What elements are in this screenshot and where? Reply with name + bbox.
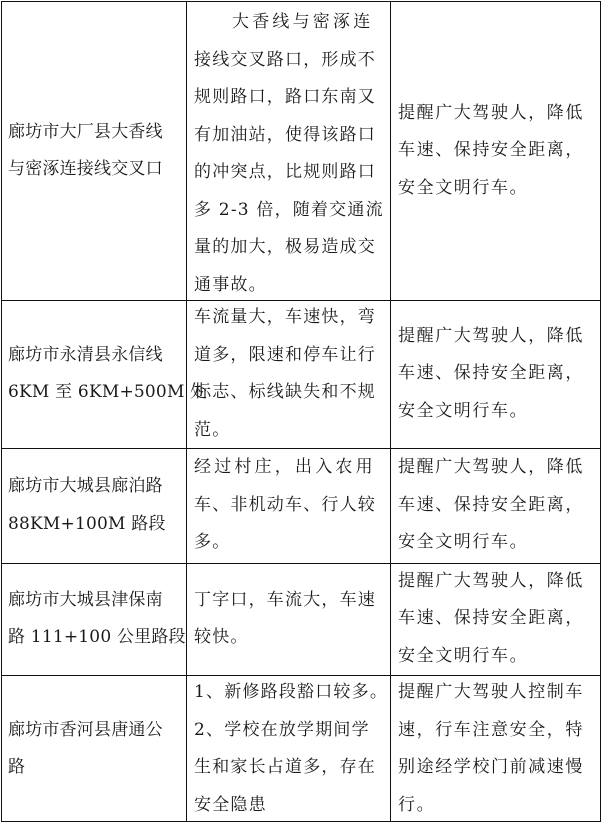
table-row-5-location: 廊坊市香河县唐通公 路 bbox=[8, 675, 186, 823]
cell-line: 车速、保持安全距离， bbox=[398, 487, 602, 525]
cell-line: 有加油站，使得该路口 bbox=[194, 117, 390, 155]
cell-line: 大香线与密涿连 bbox=[194, 4, 390, 42]
cell-line: 2、学校在放学期间学 bbox=[194, 712, 390, 750]
table-row-2-advice: 提醒广大驾驶人，降低 车速、保持安全距离， 安全文明行车。 bbox=[398, 300, 602, 448]
cell-line: 廊坊市大厂县大香线 bbox=[8, 114, 186, 152]
table-row-1-location: 廊坊市大厂县大香线 与密涿连接线交叉口 bbox=[8, 2, 186, 300]
cell-line: 提醒广大驾驶人，降低 bbox=[398, 449, 602, 487]
cell-line: 路 bbox=[8, 749, 186, 787]
cell-line: 安全文明行车。 bbox=[398, 170, 602, 208]
cell-line: 的冲突点，比规则路口 bbox=[194, 154, 390, 192]
cell-line: 生和家长占道多，存在 bbox=[194, 749, 390, 787]
column-divider bbox=[186, 2, 187, 821]
cell-line: 范。 bbox=[194, 412, 390, 450]
table-row-1-problem: 大香线与密涿连 接线交叉路口，形成不 规则路口，路口东南又 有加油站，使得该路口… bbox=[194, 2, 390, 300]
cell-line: 丁字口，车流大，车速 bbox=[194, 582, 390, 620]
cell-line: 接线交叉路口，形成不 bbox=[194, 42, 390, 80]
cell-line: 安全文明行车。 bbox=[398, 638, 602, 676]
cell-line: 提醒广大驾驶人，降低 bbox=[398, 563, 602, 601]
cell-line: 标志、标线缺失和不规 bbox=[194, 374, 390, 412]
cell-line: 经过村庄，出入农用 bbox=[194, 449, 390, 487]
table-row-3-problem: 经过村庄，出入农用 车、非机动车、行人较 多。 bbox=[194, 448, 390, 563]
cell-line: 量的加大，极易造成交 bbox=[194, 229, 390, 267]
cell-line: 道多，限速和停车让行 bbox=[194, 337, 390, 375]
table-row-3-advice: 提醒广大驾驶人，降低 车速、保持安全距离， 安全文明行车。 bbox=[398, 448, 602, 563]
cell-line: 提醒广大驾驶人，降低 bbox=[398, 318, 602, 356]
cell-line: 1、新修路段豁口较多。 bbox=[194, 674, 390, 712]
cell-line: 路 111+100 公里路段 bbox=[8, 619, 186, 657]
cell-line: 速，行车注意安全，特 bbox=[398, 712, 602, 750]
cell-line: 安全隐患 bbox=[194, 787, 390, 825]
cell-line: 廊坊市香河县唐通公 bbox=[8, 712, 186, 750]
cell-line: 提醒广大驾驶人，降低 bbox=[398, 95, 602, 133]
cell-line: 车速、保持安全距离， bbox=[398, 355, 602, 393]
table-row-4-problem: 丁字口，车流大，车速 较快。 bbox=[194, 563, 390, 675]
table-row-5-advice: 提醒广大驾驶人控制车 速，行车注意安全，特 别途经学校门前减速慢 行。 bbox=[398, 675, 602, 823]
cell-line: 安全文明行车。 bbox=[398, 393, 602, 431]
table-row-2-problem: 车流量大，车速快，弯 道多，限速和停车让行 标志、标线缺失和不规 范。 bbox=[194, 300, 390, 448]
cell-line: 88KM+100M 路段 bbox=[8, 506, 186, 544]
cell-line: 车速、保持安全距离， bbox=[398, 600, 602, 638]
table-row-2-location: 廊坊市永清县永信线 6KM 至 6KM+500M 处 bbox=[8, 300, 186, 448]
cell-line: 安全文明行车。 bbox=[398, 524, 602, 562]
cell-line: 车流量大，车速快，弯 bbox=[194, 299, 390, 337]
cell-line: 多。 bbox=[194, 524, 390, 562]
cell-line: 较快。 bbox=[194, 619, 390, 657]
cell-line: 与密涿连接线交叉口 bbox=[8, 151, 186, 189]
column-divider bbox=[390, 2, 391, 821]
table-row-3-location: 廊坊市大城县廊泊路 88KM+100M 路段 bbox=[8, 448, 186, 563]
cell-line: 6KM 至 6KM+500M 处 bbox=[8, 374, 186, 412]
cell-line: 廊坊市大城县廊泊路 bbox=[8, 468, 186, 506]
cell-line: 规则路口，路口东南又 bbox=[194, 79, 390, 117]
cell-line: 提醒广大驾驶人控制车 bbox=[398, 674, 602, 712]
cell-line: 车速、保持安全距离， bbox=[398, 132, 602, 170]
cell-line: 行。 bbox=[398, 787, 602, 825]
hazard-road-table: 廊坊市大厂县大香线 与密涿连接线交叉口 大香线与密涿连 接线交叉路口，形成不 规… bbox=[1, 1, 601, 822]
table-row-4-advice: 提醒广大驾驶人，降低 车速、保持安全距离， 安全文明行车。 bbox=[398, 563, 602, 675]
cell-line: 别途经学校门前减速慢 bbox=[398, 749, 602, 787]
table-row-4-location: 廊坊市大城县津保南 路 111+100 公里路段 bbox=[8, 563, 186, 675]
cell-line: 多 2-3 倍，随着交通流 bbox=[194, 192, 390, 230]
cell-line: 廊坊市永清县永信线 bbox=[8, 337, 186, 375]
table-row-1-advice: 提醒广大驾驶人，降低 车速、保持安全距离， 安全文明行车。 bbox=[398, 2, 602, 300]
table-row-5-problem: 1、新修路段豁口较多。 2、学校在放学期间学 生和家长占道多，存在 安全隐患 bbox=[194, 675, 390, 823]
cell-line: 车、非机动车、行人较 bbox=[194, 487, 390, 525]
cell-line: 廊坊市大城县津保南 bbox=[8, 582, 186, 620]
